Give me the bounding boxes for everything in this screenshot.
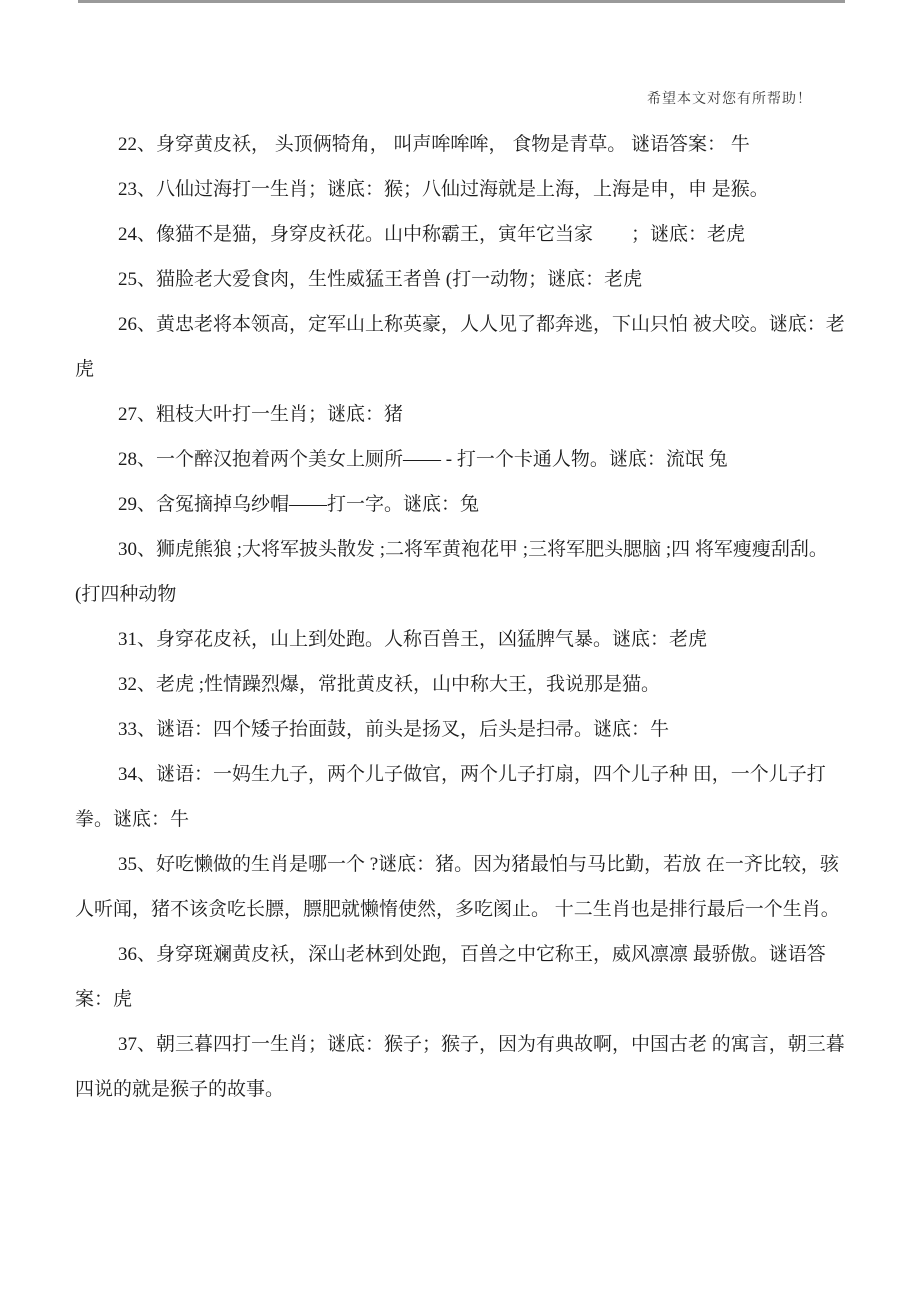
riddle-item-27: 27、粗枝大叶打一生肖；谜底：猪 — [75, 392, 848, 437]
riddle-item-25: 25、猫脸老大爱食肉，生性威猛王者兽 (打一动物；谜底：老虎 — [75, 257, 848, 302]
riddle-item-22: 22、身穿黄皮袄， 头顶俩犄角， 叫声哞哞哞， 食物是青草。 谜语答案： 牛 — [75, 122, 848, 167]
riddle-item-32: 32、老虎 ;性情躁烈爆，常批黄皮袄，山中称大王，我说那是猫。 — [75, 662, 848, 707]
top-divider-bar — [78, 0, 845, 3]
header-note: 希望本文对您有所帮助！ — [0, 88, 812, 108]
riddle-item-28: 28、一个醉汉抱着两个美女上厕所—— - 打一个卡通人物。谜底：流氓 兔 — [75, 437, 848, 482]
riddle-item-24: 24、像猫不是猫，身穿皮袄花。山中称霸王，寅年它当家 ；谜底：老虎 — [75, 212, 848, 257]
document-page: 希望本文对您有所帮助！ 22、身穿黄皮袄， 头顶俩犄角， 叫声哞哞哞， 食物是青… — [0, 0, 920, 1304]
riddle-item-30: 30、狮虎熊狼 ;大将军披头散发 ;二将军黄袍花甲 ;三将军肥头腮脑 ;四 将军… — [75, 527, 848, 617]
riddle-item-34: 34、谜语：一妈生九子，两个儿子做官，两个儿子打扇，四个儿子种 田，一个儿子打拳… — [75, 752, 848, 842]
riddle-item-31: 31、身穿花皮袄，山上到处跑。人称百兽王，凶猛脾气暴。谜底：老虎 — [75, 617, 848, 662]
riddle-item-26: 26、黄忠老将本领高，定军山上称英豪，人人见了都奔逃，下山只怕 被犬咬。谜底：老… — [75, 302, 848, 392]
riddle-item-33: 33、谜语：四个矮子抬面鼓，前头是扬叉，后头是扫帚。谜底：牛 — [75, 707, 848, 752]
riddle-item-36: 36、身穿斑斓黄皮袄，深山老林到处跑，百兽之中它称王，威风凛凛 最骄傲。谜语答案… — [75, 932, 848, 1022]
riddle-item-37: 37、朝三暮四打一生肖；谜底：猴子；猴子，因为有典故啊，中国古老 的寓言，朝三暮… — [75, 1022, 848, 1112]
riddle-item-29: 29、含冤摘掉乌纱帽——打一字。谜底：兔 — [75, 482, 848, 527]
riddle-item-23: 23、八仙过海打一生肖；谜底：猴；八仙过海就是上海，上海是申，申 是猴。 — [75, 167, 848, 212]
riddle-item-35: 35、好吃懒做的生肖是哪一个 ?谜底：猪。因为猪最怕与马比勤，若放 在一齐比较，… — [75, 842, 848, 932]
document-body: 22、身穿黄皮袄， 头顶俩犄角， 叫声哞哞哞， 食物是青草。 谜语答案： 牛 2… — [75, 122, 848, 1112]
